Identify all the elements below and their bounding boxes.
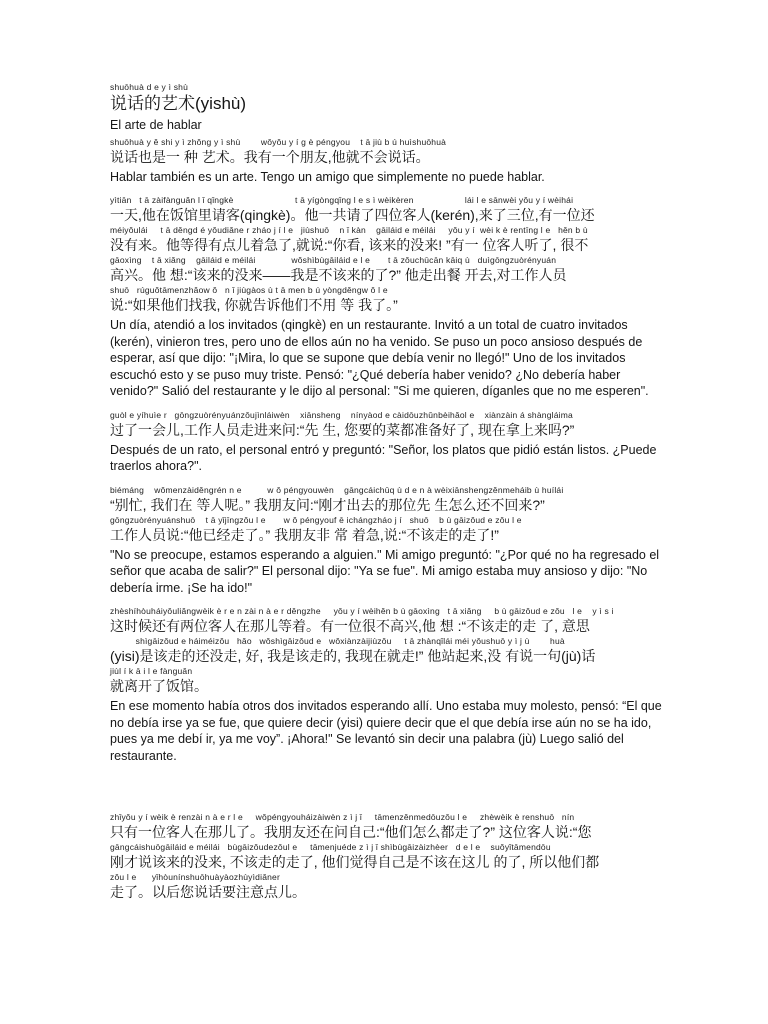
chinese-text-line: “别忙, 我们在 等人呢。” 我朋友问:“刚才出去的那位先 生怎么还不回来?”	[110, 495, 668, 515]
chinese-block: zhèshíhòuháiyǒuliǎngwèik è r e n zài n à…	[110, 606, 668, 696]
ruby-line: shuōhuà d e y ì shù说话的艺术(yishù)	[110, 82, 668, 115]
chinese-text-line: 刚才说该来的没来, 不该走的走了, 他们觉得自己是不该在这儿 的了, 所以他们都	[110, 852, 668, 872]
spanish-paragraph: Un día, atendió a los invitados (qingkè)…	[110, 317, 668, 400]
chinese-text-line: 高兴。他 想:“该来的没来——我是不该来的了?” 他走出餐 开去,对工作人员	[110, 265, 668, 285]
ruby-line: gāngcáishuōgāiláid e méilái bùgāizǒudezǒ…	[110, 842, 668, 872]
chinese-block: zhǐyǒu y í wèik è renzài n à e r l e wǒp…	[110, 812, 668, 902]
spanish-paragraph: En ese momento había otros dos invitados…	[110, 698, 668, 764]
ruby-line: méiyǒulái t ā děngd é yǒudiǎne r zháo j …	[110, 225, 668, 255]
chinese-block: guòl e yíhuìe r gōngzuòrényuánzǒujìnláiw…	[110, 410, 668, 440]
chinese-block: yìtiān t ā zàifànguǎn l ǐ qǐngkè t ā yíg…	[110, 195, 668, 315]
chinese-text-line: 这时候还有两位客人在那儿等着。有一位很不高兴,他 想 :“不该走的走 了, 意思	[110, 616, 668, 636]
ruby-line: gōngzuòrényuánshuō t ā yǐjīngzǒu l e w ǒ…	[110, 515, 668, 545]
chinese-text-line: (yisi)是该走的还没走, 好, 我是该走的, 我现在就走!” 他站起来,没 …	[110, 646, 668, 666]
ruby-line: zhèshíhòuháiyǒuliǎngwèik è r e n zài n à…	[110, 606, 668, 636]
spanish-paragraph: Después de un rato, el personal entró y …	[110, 442, 668, 475]
pinyin-annotation: jiùl í k ā i l e fànguǎn	[110, 666, 668, 676]
ruby-line: shuōhuà y ě shi y ì zhǒng y ì shù wǒyǒu …	[110, 137, 668, 167]
ruby-line: zhǐyǒu y í wèik è renzài n à e r l e wǒp…	[110, 812, 668, 842]
spanish-paragraph: Hablar también es un arte. Tengo un amig…	[110, 169, 668, 186]
document-content: shuōhuà d e y ì shù说话的艺术(yishù)El arte d…	[110, 82, 668, 902]
pinyin-annotation: gāngcáishuōgāiláid e méilái bùgāizǒudezǒ…	[110, 842, 668, 852]
document-title-text: 说话的艺术(yishù)	[110, 92, 668, 115]
chinese-text-line: 一天,他在饭馆里请客(qingkè)。他一共请了四位客人(kerén),来了三位…	[110, 205, 668, 225]
pinyin-annotation: zhèshíhòuháiyǒuliǎngwèik è r e n zài n à…	[110, 606, 668, 616]
pinyin-annotation: shuō rúguǒtāmenzhǎow ǒ n ǐ jiùgàos ù t ā…	[110, 285, 668, 295]
pinyin-annotation: guòl e yíhuìe r gōngzuòrényuánzǒujìnláiw…	[110, 410, 668, 420]
ruby-line: yìtiān t ā zàifànguǎn l ǐ qǐngkè t ā yíg…	[110, 195, 668, 225]
chinese-block: biémáng wǒmenzàiděngrén n e w ǒ péngyouw…	[110, 485, 668, 545]
pinyin-annotation: zǒu l e yǐhòunínshuōhuàyàozhùyìdiǎner	[110, 872, 668, 882]
ruby-line: shìgāizǒud e háiméizǒu hǎo wǒshìgāizǒud …	[110, 636, 668, 666]
ruby-line: gāoxìng t ā xiǎng gāiláid e méilái wǒshì…	[110, 255, 668, 285]
pinyin-annotation: shìgāizǒud e háiméizǒu hǎo wǒshìgāizǒud …	[110, 636, 668, 646]
chinese-text-line: 没有来。他等得有点儿着急了,就说:“你看, 该来的没来! ”有一 位客人听了, …	[110, 235, 668, 255]
pinyin-annotation: biémáng wǒmenzàiděngrén n e w ǒ péngyouw…	[110, 485, 668, 495]
pinyin-annotation: gāoxìng t ā xiǎng gāiláid e méilái wǒshì…	[110, 255, 668, 265]
ruby-line: guòl e yíhuìe r gōngzuòrényuánzǒujìnláiw…	[110, 410, 668, 440]
pinyin-annotation: yìtiān t ā zàifànguǎn l ǐ qǐngkè t ā yíg…	[110, 195, 668, 205]
ruby-line: zǒu l e yǐhòunínshuōhuàyàozhùyìdiǎner走了。…	[110, 872, 668, 902]
spanish-paragraph: "No se preocupe, estamos esperando a alg…	[110, 547, 668, 597]
document-title-block: shuōhuà d e y ì shù说话的艺术(yishù)	[110, 82, 668, 115]
ruby-line: biémáng wǒmenzàiděngrén n e w ǒ péngyouw…	[110, 485, 668, 515]
chinese-text-line: 就离开了饭馆。	[110, 676, 668, 696]
chinese-text-line: 说话也是一 种 艺术。我有一个朋友,他就不会说话。	[110, 147, 668, 167]
chinese-text-line: 只有一位客人在那儿了。我朋友还在问自己:“他们怎么都走了?” 这位客人说:“您	[110, 822, 668, 842]
chinese-text-line: 过了一会儿,工作人员走进来问:“先 生, 您要的菜都准备好了, 现在拿上来吗?”	[110, 420, 668, 440]
vertical-gap	[110, 774, 668, 812]
chinese-text-line: 工作人员说:“他已经走了。” 我朋友非 常 着急,说:“不该走的走了!”	[110, 525, 668, 545]
chinese-block: shuōhuà y ě shi y ì zhǒng y ì shù wǒyǒu …	[110, 137, 668, 167]
chinese-text-line: 说:“如果他们找我, 你就告诉他们不用 等 我了。”	[110, 295, 668, 315]
document-page: shuōhuà d e y ì shù说话的艺术(yishù)El arte d…	[0, 0, 768, 1024]
chinese-text-line: 走了。以后您说话要注意点儿。	[110, 882, 668, 902]
ruby-line: jiùl í k ā i l e fànguǎn就离开了饭馆。	[110, 666, 668, 696]
ruby-line: shuō rúguǒtāmenzhǎow ǒ n ǐ jiùgàos ù t ā…	[110, 285, 668, 315]
pinyin-annotation: gōngzuòrényuánshuō t ā yǐjīngzǒu l e w ǒ…	[110, 515, 668, 525]
pinyin-annotation: zhǐyǒu y í wèik è renzài n à e r l e wǒp…	[110, 812, 668, 822]
pinyin-annotation: shuōhuà y ě shi y ì zhǒng y ì shù wǒyǒu …	[110, 137, 668, 147]
pinyin-annotation: shuōhuà d e y ì shù	[110, 82, 668, 92]
spanish-paragraph: El arte de hablar	[110, 117, 668, 134]
pinyin-annotation: méiyǒulái t ā děngd é yǒudiǎne r zháo j …	[110, 225, 668, 235]
